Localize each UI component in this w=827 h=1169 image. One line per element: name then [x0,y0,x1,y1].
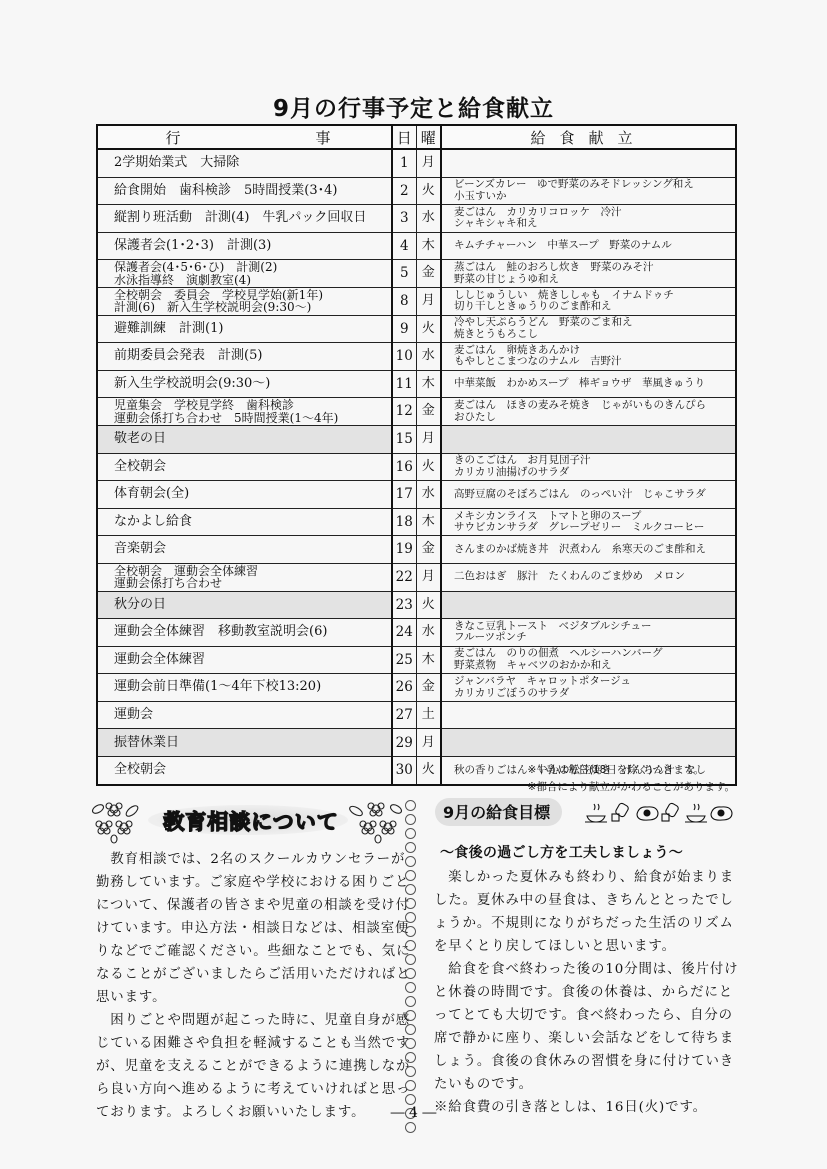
day-cell: 25 [392,646,416,674]
event-line: 運動会 [114,709,391,722]
weekday-cell: 火 [416,177,441,205]
event-cell: 運動会全体練習 移動教室説明会(6) [97,619,392,647]
event-cell: 体育朝会(全) [97,481,392,509]
menu-cell [441,729,736,757]
smiley-face-icon [405,884,416,895]
event-cell: 秋分の日 [97,591,392,619]
menu-line: シャキシャキ和え [454,218,735,230]
page-title: 9月の行事予定と給食献立 [0,90,827,123]
table-row: なかよし給食18木メキシカンライス トマトと卵のスープサウビカンサラダ グレープ… [97,508,736,536]
table-row: 音楽朝会19金さんまのかば焼き丼 沢煮わん 糸寒天のごま酢和え [97,536,736,564]
event-cell: 運動会全体練習 [97,646,392,674]
event-cell: 運動会 [97,701,392,729]
header-day: 日 [392,125,416,149]
day-cell: 3 [392,205,416,233]
menu-cell [441,591,736,619]
day-cell: 23 [392,591,416,619]
table-row: 保護者会(4･5･6･ひ) 計測(2)水泳指導終 演劇教室(4)5金蒸ごはん 鮭… [97,260,736,288]
menu-line: 高野豆腐のそぼろごはん のっぺい汁 じゃこサラダ [454,489,735,501]
day-cell: 18 [392,508,416,536]
event-cell: 全校朝会 [97,757,392,785]
sad-face-icon [405,982,416,993]
menu-cell: きのこごはん お月見団子汁カリカリ油揚げのサラダ [441,453,736,481]
table-row: 運動会前日準備(1～4年下校13:20)26金ジャンバラヤ キャロットポタージュ… [97,674,736,702]
day-cell: 16 [392,453,416,481]
day-cell: 2 [392,177,416,205]
menu-cell: 麦ごはん カリカリコロッケ 冷汁シャキシャキ和え [441,205,736,233]
smiley-face-icon [405,954,416,965]
event-line: 保護者会(4･5･6･ひ) 計測(2) [114,261,391,274]
event-cell: 新入生学校説明会(9:30～) [97,370,392,398]
soup-bowl-icon [685,804,707,822]
table-row: 運動会全体練習 移動教室説明会(6)24水きなこ豆乳トースト ベジタブルシチュー… [97,619,736,647]
event-line: なかよし給食 [114,516,391,529]
event-line: 秋分の日 [114,599,391,612]
day-cell: 24 [392,619,416,647]
event-cell: 運動会前日準備(1～4年下校13:20) [97,674,392,702]
page-number: ― 4 ― [0,1105,827,1121]
event-line: 振替休業日 [114,737,391,750]
menu-cell: 中華菜飯 わかめスープ 棒ギョウザ 華風きゅうり [441,370,736,398]
header-events-char-1: 行 [98,127,248,148]
event-line: 水泳指導終 演劇教室(4) [114,274,391,287]
menu-line: 焼きとうもろこし [454,329,735,341]
weekday-cell: 土 [416,701,441,729]
event-line: 運動会前日準備(1～4年下校13:20) [114,681,391,694]
table-row: 敬老の日15月 [97,425,736,453]
event-line: 音楽朝会 [114,543,391,556]
lunch-goal-subtitle: ～食後の過ごし方を工夫しましょう～ [440,842,740,862]
event-line: 新入生学校説明会(9:30～) [114,378,391,391]
menu-cell: さんまのかば焼き丼 沢煮わん 糸寒天のごま酢和え [441,536,736,564]
event-line: 給食開始 歯科検診 5時間授業(3･4) [114,185,391,198]
event-line: 運動会係打ち合わせ 5時間授業(1～4年) [114,412,391,425]
smiley-face-icon [405,926,416,937]
day-cell: 1 [392,149,416,177]
event-line: 運動会全体練習 [114,654,391,667]
menu-cell: きなこ豆乳トースト ベジタブルシチューフルーツポンチ [441,619,736,647]
weekday-cell: 金 [416,398,441,426]
lunch-goal-paragraph-1: 楽しかった夏休みも終わり、給食が始まりました。夏休み中の昼食は、きちんととったで… [434,866,744,958]
weekday-cell: 火 [416,757,441,785]
table-notes: ※牛乳は毎日(18日を除く)つきます。 ※都合により献立がかわることがあります。 [528,762,735,796]
day-cell: 10 [392,343,416,371]
table-row: 児童集会 学校見学終 歯科検診運動会係打ち合わせ 5時間授業(1～4年)12金麦… [97,398,736,426]
menu-line: 二色おはぎ 豚汁 たくわんのごま炒め メロン [454,571,735,583]
weekday-cell: 金 [416,674,441,702]
event-cell: 保護者会(1･2･3) 計測(3) [97,232,392,260]
day-cell: 27 [392,701,416,729]
table-row: 縦割り班活動 計測(4) 牛乳パック回収日3水麦ごはん カリカリコロッケ 冷汁シ… [97,205,736,233]
smiley-face-icon [405,1052,416,1063]
table-row: 全校朝会16火きのこごはん お月見団子汁カリカリ油揚げのサラダ [97,453,736,481]
menu-line: 切り干しときゅうりのごま酢和え [454,301,735,313]
schedule-body: 2学期始業式 大掃除1月給食開始 歯科検診 5時間授業(3･4)2火ビーンズカレ… [97,149,736,785]
menu-cell: ししじゅうしい 焼きししゃも イナムドゥチ切り干しときゅうりのごま酢和え [441,287,736,315]
food-icons-row [585,800,735,826]
menu-cell: ジャンバラヤ キャロットポタージュカリカリごぼうのサラダ [441,674,736,702]
menu-cell [441,425,736,453]
counseling-paragraph-1: 教育相談では、2名のスクールカウンセラーが勤務しています。ご家庭や学校における困… [96,848,412,1009]
sad-face-icon [405,828,416,839]
counseling-body: 教育相談では、2名のスクールカウンセラーが勤務しています。ご家庭や学校における困… [96,848,412,1124]
bread-icon [612,802,629,821]
event-cell: 全校朝会 運動会全体練習運動会係打ち合わせ [97,563,392,591]
weekday-cell: 水 [416,481,441,509]
note-milk: ※牛乳は毎日(18日を除く)つきます。 [528,762,735,779]
weekday-cell: 月 [416,287,441,315]
sad-face-icon [405,1066,416,1077]
day-cell: 4 [392,232,416,260]
weekday-cell: 火 [416,591,441,619]
menu-cell: 麦ごはん 卵焼きあんかけもやしとこまつなのナムル 吉野汁 [441,343,736,371]
day-cell: 17 [392,481,416,509]
counseling-heading: 教育相談について [88,797,408,847]
menu-line: カリカリごぼうのサラダ [454,688,735,700]
note-menu-change: ※都合により献立がかわることがあります。 [528,779,735,796]
weekday-cell: 木 [416,232,441,260]
fried-egg-icon [711,807,732,820]
weekday-cell: 水 [416,343,441,371]
menu-cell: 冷やし天ぷらうどん 野菜のごま和え焼きとうもろこし [441,315,736,343]
header-menu-label: 給食献立 [530,129,646,147]
soup-bowl-icon [585,804,607,822]
weekday-cell: 水 [416,619,441,647]
table-row: 避難訓練 計測(1)9火冷やし天ぷらうどん 野菜のごま和え焼きとうもろこし [97,315,736,343]
smiley-face-icon [405,968,416,979]
weekday-cell: 火 [416,453,441,481]
weekday-cell: 金 [416,260,441,288]
menu-line: おひたし [454,412,735,424]
weekday-cell: 月 [416,149,441,177]
day-cell: 26 [392,674,416,702]
menu-line: 中華菜飯 わかめスープ 棒ギョウザ 華風きゅうり [454,378,735,390]
smiley-face-icon [405,1038,416,1049]
table-row: 全校朝会 委員会 学校見学始(新1年)計測(6) 新入生学校説明会(9:30～)… [97,287,736,315]
lunch-goal-body: 楽しかった夏休みも終わり、給食が始まりました。夏休み中の昼食は、きちんととったで… [434,866,744,1119]
day-cell: 9 [392,315,416,343]
table-row: 給食開始 歯科検診 5時間授業(3･4)2火ビーンズカレー ゆで野菜のみそドレッ… [97,177,736,205]
table-row: 前期委員会発表 計測(5)10水麦ごはん 卵焼きあんかけもやしとこまつなのナムル… [97,343,736,371]
menu-cell: キムチチャーハン 中華スープ 野菜のナムル [441,232,736,260]
table-row: 運動会27土 [97,701,736,729]
event-line: 敬老の日 [114,433,391,446]
counseling-heading-text: 教育相談について [146,806,356,836]
menu-cell [441,701,736,729]
menu-line: サウビカンサラダ グレープゼリー ミルクコーヒー [454,522,735,534]
event-cell: 縦割り班活動 計測(4) 牛乳パック回収日 [97,205,392,233]
day-cell: 19 [392,536,416,564]
event-line: 全校朝会 [114,461,391,474]
column-divider-smileys [404,800,416,1090]
event-line: 2学期始業式 大掃除 [114,157,391,170]
day-cell: 22 [392,563,416,591]
menu-cell [441,149,736,177]
event-cell: 全校朝会 委員会 学校見学始(新1年)計測(6) 新入生学校説明会(9:30～) [97,287,392,315]
event-cell: 振替休業日 [97,729,392,757]
day-cell: 29 [392,729,416,757]
event-cell: 前期委員会発表 計測(5) [97,343,392,371]
smiley-face-icon [405,996,416,1007]
menu-line: 野菜の甘じょうゆ和え [454,274,735,286]
sad-face-icon [405,940,416,951]
day-cell: 11 [392,370,416,398]
flower-decoration-icon [346,797,406,845]
lunch-goal-heading-text: 9月の給食目標 [435,798,562,826]
weekday-cell: 水 [416,205,441,233]
smiley-face-icon [405,912,416,923]
event-line: 前期委員会発表 計測(5) [114,350,391,363]
event-cell: 音楽朝会 [97,536,392,564]
smiley-face-icon [405,1122,416,1133]
sad-face-icon [405,870,416,881]
header-menu: 給食献立 [441,125,736,149]
menu-cell: 二色おはぎ 豚汁 たくわんのごま炒め メロン [441,563,736,591]
event-cell: 給食開始 歯科検診 5時間授業(3･4) [97,177,392,205]
bread-icon [662,802,679,821]
smiley-face-icon [405,1094,416,1105]
table-row: 2学期始業式 大掃除1月 [97,149,736,177]
schedule-table: 行事 日 曜 給食献立 2学期始業式 大掃除1月給食開始 歯科検診 5時間授業(… [96,124,737,786]
event-cell: 保護者会(4･5･6･ひ) 計測(2)水泳指導終 演劇教室(4) [97,260,392,288]
sad-face-icon [405,1024,416,1035]
smiley-face-icon [405,856,416,867]
weekday-cell: 火 [416,315,441,343]
smiley-face-icon [405,842,416,853]
menu-cell: 高野豆腐のそぼろごはん のっぺい汁 じゃこサラダ [441,481,736,509]
fried-egg-icon [637,807,658,820]
menu-cell: メキシカンライス トマトと卵のスープサウビカンサラダ グレープゼリー ミルクコー… [441,508,736,536]
day-cell: 8 [392,287,416,315]
table-row: 保護者会(1･2･3) 計測(3)4木キムチチャーハン 中華スープ 野菜のナムル [97,232,736,260]
flower-decoration-icon [88,797,148,845]
table-row: 振替休業日29月 [97,729,736,757]
table-row: 運動会全体練習25木麦ごはん のりの佃煮 ヘルシーハンバーグ野菜煮物 キャベツの… [97,646,736,674]
event-line: 縦割り班活動 計測(4) 牛乳パック回収日 [114,212,391,225]
day-cell: 12 [392,398,416,426]
weekday-cell: 月 [416,729,441,757]
menu-cell: 麦ごはん のりの佃煮 ヘルシーハンバーグ野菜煮物 キャベツのおかか和え [441,646,736,674]
header-events-char-2: 事 [248,127,392,148]
menu-line: もやしとこまつなのナムル 吉野汁 [454,356,735,368]
event-cell: 2学期始業式 大掃除 [97,149,392,177]
menu-line: 麦ごはん ほきの麦みそ焼き じゃがいものきんぴら [454,400,735,412]
smiley-face-icon [405,1080,416,1091]
smiley-face-icon [405,1010,416,1021]
event-line: 児童集会 学校見学終 歯科検診 [114,399,391,412]
event-cell: 児童集会 学校見学終 歯科検診運動会係打ち合わせ 5時間授業(1～4年) [97,398,392,426]
weekday-cell: 木 [416,508,441,536]
day-cell: 15 [392,425,416,453]
menu-cell: 蒸ごはん 鮭のおろし炊き 野菜のみそ汁野菜の甘じょうゆ和え [441,260,736,288]
menu-cell: ビーンズカレー ゆで野菜のみそドレッシング和え小玉すいか [441,177,736,205]
event-line: 保護者会(1･2･3) 計測(3) [114,240,391,253]
event-line: 全校朝会 [114,764,391,777]
event-line: 体育朝会(全) [114,488,391,501]
table-header-row: 行事 日 曜 給食献立 [97,125,736,149]
header-events: 行事 [97,125,392,149]
menu-line: フルーツポンチ [454,632,735,644]
table-row: 秋分の日23火 [97,591,736,619]
event-cell: 全校朝会 [97,453,392,481]
weekday-cell: 月 [416,563,441,591]
menu-line: カリカリ油揚げのサラダ [454,467,735,479]
smiley-face-icon [405,800,416,811]
table-row: 全校朝会 運動会全体練習運動会係打ち合わせ22月二色おはぎ 豚汁 たくわんのごま… [97,563,736,591]
menu-line: 小玉すいか [454,191,735,203]
sad-face-icon [405,898,416,909]
weekday-cell: 月 [416,425,441,453]
menu-line: キムチチャーハン 中華スープ 野菜のナムル [454,240,735,252]
smiley-face-icon [405,814,416,825]
menu-cell: 麦ごはん ほきの麦みそ焼き じゃがいものきんぴらおひたし [441,398,736,426]
day-cell: 30 [392,757,416,785]
event-line: 避難訓練 計測(1) [114,323,391,336]
menu-line: 蒸ごはん 鮭のおろし炊き 野菜のみそ汁 [454,262,735,274]
day-cell: 5 [392,260,416,288]
weekday-cell: 金 [416,536,441,564]
event-cell: 避難訓練 計測(1) [97,315,392,343]
menu-line: 野菜煮物 キャベツのおかか和え [454,660,735,672]
event-line: 運動会係打ち合わせ [114,577,391,590]
table-row: 体育朝会(全)17水高野豆腐のそぼろごはん のっぺい汁 じゃこサラダ [97,481,736,509]
lunch-goal-paragraph-2: 給食を食べ終わった後の10分間は、後片付けと休養の時間です。食後の休養は、からだ… [434,958,744,1096]
menu-line: さんまのかば焼き丼 沢煮わん 糸寒天のごま酢和え [454,544,735,556]
event-cell: なかよし給食 [97,508,392,536]
event-line: 運動会全体練習 移動教室説明会(6) [114,626,391,639]
weekday-cell: 木 [416,646,441,674]
menu-line: ジャンバラヤ キャロットポタージュ [454,676,735,688]
lunch-goal-heading: 9月の給食目標 [435,798,562,826]
table-row: 新入生学校説明会(9:30～)11木中華菜飯 わかめスープ 棒ギョウザ 華風きゅ… [97,370,736,398]
event-cell: 敬老の日 [97,425,392,453]
header-weekday: 曜 [416,125,441,149]
weekday-cell: 木 [416,370,441,398]
event-line: 計測(6) 新入生学校説明会(9:30～) [114,301,391,314]
